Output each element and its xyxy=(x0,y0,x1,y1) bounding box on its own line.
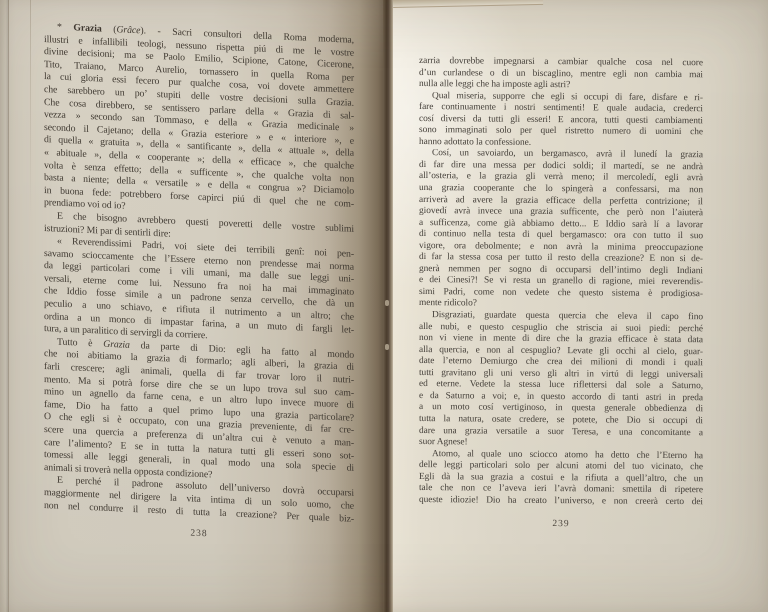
left-page-number: 238 xyxy=(44,521,354,547)
right-page-number: 239 xyxy=(419,518,703,532)
text-line: queste idiozie! Dio ha creato l’universo… xyxy=(419,495,703,509)
binding-thread xyxy=(385,344,389,350)
right-page-top-edge xyxy=(393,0,543,8)
right-page: zarria dovrebbe impegnarsi a cambiar qua… xyxy=(393,0,768,612)
left-page: * Grazia (Grâce). - Sacri consultori del… xyxy=(0,0,386,612)
open-book-photo: * Grazia (Grâce). - Sacri consultori del… xyxy=(0,0,768,612)
binding-thread xyxy=(385,300,389,306)
book-gutter xyxy=(383,0,393,612)
right-page-text-block: zarria dovrebbe impegnarsi a cambiar qua… xyxy=(419,56,703,532)
left-page-text-block: * Grazia (Grâce). - Sacri consultori del… xyxy=(44,21,354,548)
left-page-fore-edge xyxy=(0,0,9,612)
left-page-crease xyxy=(30,0,31,220)
